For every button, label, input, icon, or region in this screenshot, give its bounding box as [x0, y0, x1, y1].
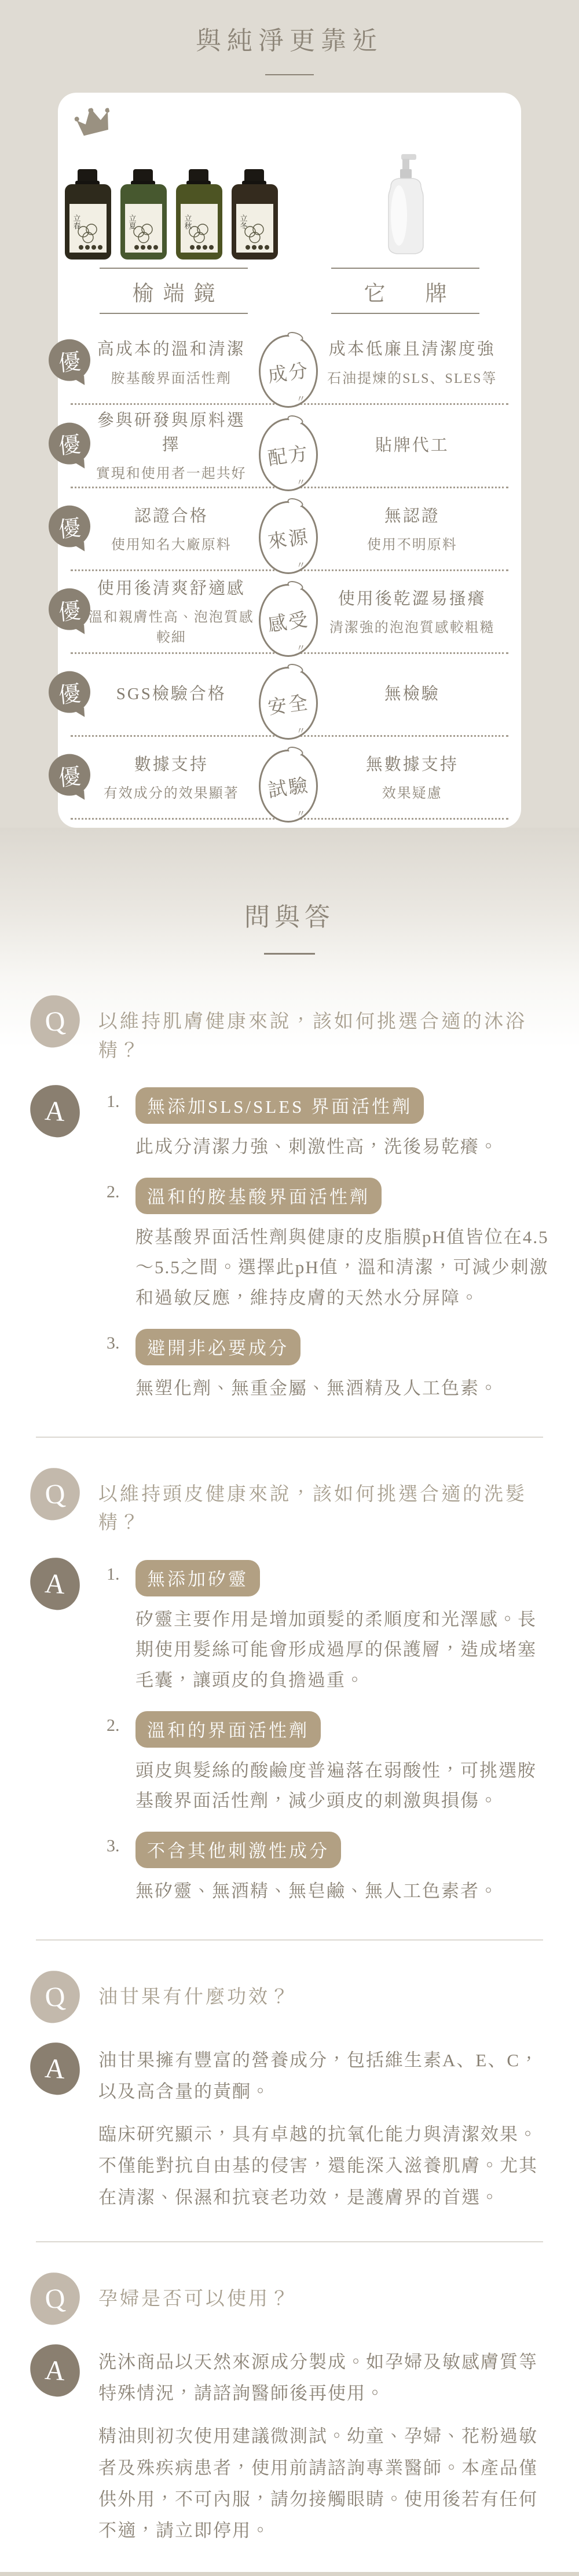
category-circle-icon: 配方 [259, 418, 318, 491]
comparison-row-feel: 優 使用後清爽舒適感 溫和親膚性高、泡泡質感較細 感受 使用後乾澀易搔癢 清潔強… [71, 571, 508, 654]
product-images-row: 立春 立夏 [58, 153, 521, 261]
comparison-row-formula: 優 參與研發與原料選擇 實現和使用者一起共好 配方 貼牌代工 [71, 405, 508, 488]
brand-cell: 認證合格 使用知名大廠原料 [88, 504, 255, 553]
highlight-pill: 避開非必要成分 [135, 1329, 301, 1365]
competitor-cell: 無檢驗 [322, 682, 503, 706]
comparison-row-ingredients: 優 高成本的溫和清潔 胺基酸界面活性劑 成分 成本低廉且清潔度強 石油提煉的SL… [71, 322, 508, 405]
svg-text:立秋: 立秋 [184, 214, 192, 229]
a-badge: A [28, 2343, 82, 2398]
question-row: Q 孕婦是否可以使用？ [30, 2272, 549, 2325]
highlight-pill: 不含其他刺激性成分 [135, 1832, 341, 1868]
svg-text:立夏: 立夏 [128, 214, 137, 229]
product-bottles-illustration: 立春 立夏 [64, 163, 284, 261]
brand-cell: 參與研發與原料選擇 實現和使用者一起共好 [88, 408, 255, 482]
qa-divider [36, 2241, 543, 2242]
qa-item-shampoo: Q 以維持頭皮健康來說，該如何挑選合適的洗髮精？ A 1. 無添加矽靈 矽靈主要… [30, 1461, 549, 1916]
qa-section-title: 問與答 [0, 896, 579, 933]
question-text: 孕婦是否可以使用？ [98, 2272, 291, 2314]
category-circle-icon: 感受 [259, 584, 318, 657]
page-title: 與純淨更靠近 [0, 20, 579, 57]
q-badge: Q [28, 1968, 82, 2025]
question-text: 以維持頭皮健康來說，該如何挑選合適的洗髮精？ [98, 1468, 549, 1538]
qa-section: 問與答 Q 以維持肌膚健康來說，該如何挑選合適的沐浴精？ A 1. 無添加SLS… [0, 828, 579, 2572]
answer-content: 油甘果擁有豐富的營養成分，包括維生素A、E、C，以及高含量的黃酮。 臨床研究顯示… [98, 2042, 549, 2213]
a-badge: A [28, 1083, 82, 1139]
highlight-pill: 無添加矽靈 [135, 1560, 260, 1596]
highlight-pill: 無添加SLS/SLES 界面活性劑 [135, 1087, 424, 1124]
brand-cell: 使用後清爽舒適感 溫和親膚性高、泡泡質感較細 [88, 576, 255, 646]
answer-content: 1. 無添加SLS/SLES 界面活性劑 此成分清潔力強、刺激性高，洗後易乾癢。… [98, 1085, 549, 1408]
comparison-row-safety: 優 SGS檢驗合格 安全 無檢驗 [71, 654, 508, 737]
answer-point: 2. 溫和的胺基酸界面活性劑 胺基酸界面活性劑與健康的皮脂膜pH值皆位在4.5～… [98, 1178, 549, 1314]
comparison-row-source: 優 認證合格 使用知名大廠原料 來源 無認證 使用不明原料 [71, 488, 508, 571]
competitor-cell: 無數據支持 效果疑慮 [322, 752, 503, 802]
q-badge: Q [28, 2270, 82, 2326]
competitor-cell: 使用後乾澀易搔癢 清潔強的泡泡質感較粗糙 [322, 587, 503, 636]
answer-point: 2. 溫和的界面活性劑 頭皮與髮絲的酸鹼度普遍落在弱酸性，可挑選胺基酸界面活性劑… [98, 1711, 549, 1817]
competitor-name-label: 它 牌 [355, 269, 456, 313]
brand-name-block: 榆端鏡 [58, 268, 289, 314]
pump-bottle-illustration [373, 153, 437, 261]
answer-row: A 1. 無添加SLS/SLES 界面活性劑 此成分清潔力強、刺激性高，洗後易乾… [30, 1085, 549, 1408]
advantage-badge: 優 [49, 671, 90, 713]
brand-cell: SGS檢驗合格 [88, 682, 255, 706]
crown-icon [73, 104, 116, 145]
qa-divider [36, 1437, 543, 1438]
advantage-badge: 優 [49, 754, 90, 796]
brand-name-label: 榆端鏡 [123, 269, 225, 313]
advantage-badge: 優 [49, 339, 90, 381]
svg-text:立春: 立春 [72, 214, 81, 229]
title-underline [265, 74, 314, 75]
bottom-strip [0, 2572, 579, 2576]
product-names-row: 榆端鏡 它 牌 [58, 268, 521, 314]
q-badge: Q [28, 993, 82, 1050]
question-text: 油甘果有什麼功效？ [98, 1971, 291, 2012]
competitor-name-bottomline [331, 313, 479, 314]
competitor-cell: 成本低廉且清潔度強 石油提煉的SLS、SLES等 [322, 337, 503, 386]
answer-content: 洗沐商品以天然來源成分製成。如孕婦及敏感膚質等特殊情況，請諮詢醫師後再使用。 精… [98, 2344, 549, 2547]
answer-paragraph: 臨床研究顯示，具有卓越的抗氧化能力與清潔效果。不僅能對抗自由基的侵害，還能深入滋… [98, 2119, 549, 2213]
advantage-badge: 優 [49, 422, 90, 464]
answer-row: A 油甘果擁有豐富的營養成分，包括維生素A、E、C，以及高含量的黃酮。 臨床研究… [30, 2042, 549, 2213]
a-badge: A [28, 1556, 82, 1612]
competitor-product-image [289, 153, 521, 261]
category-circle-icon: 安全 [259, 667, 318, 740]
answer-point: 1. 無添加SLS/SLES 界面活性劑 此成分清潔力強、刺激性高，洗後易乾癢。 [98, 1087, 549, 1163]
question-row: Q 油甘果有什麼功效？ [30, 1971, 549, 2023]
a-badge: A [28, 2041, 82, 2096]
top-section: 與純淨更靠近 立春 [0, 0, 579, 828]
hero-banner: 與純淨更靠近 [0, 0, 579, 93]
answer-paragraph: 洗沐商品以天然來源成分製成。如孕婦及敏感膚質等特殊情況，請諮詢醫師後再使用。 [98, 2347, 549, 2410]
category-circle-icon: 來源 [259, 501, 318, 574]
qa-item-amla-benefits: Q 油甘果有什麼功效？ A 油甘果擁有豐富的營養成分，包括維生素A、E、C，以及… [30, 1964, 549, 2218]
answer-paragraph: 油甘果擁有豐富的營養成分，包括維生素A、E、C，以及高含量的黃酮。 [98, 2045, 549, 2108]
competitor-name-block: 它 牌 [289, 268, 521, 314]
question-row: Q 以維持頭皮健康來說，該如何挑選合適的洗髮精？ [30, 1468, 549, 1538]
highlight-pill: 溫和的界面活性劑 [135, 1711, 321, 1748]
answer-row: A 洗沐商品以天然來源成分製成。如孕婦及敏感膚質等特殊情況，請諮詢醫師後再使用。… [30, 2344, 549, 2547]
answer-content: 1. 無添加矽靈 矽靈主要作用是增加頭髮的柔順度和光澤感。長期使用髮絲可能會形成… [98, 1558, 549, 1912]
answer-point: 1. 無添加矽靈 矽靈主要作用是增加頭髮的柔順度和光澤感。長期使用髮絲可能會形成… [98, 1560, 549, 1696]
highlight-pill: 溫和的胺基酸界面活性劑 [135, 1178, 382, 1214]
q-badge: Q [28, 1466, 82, 1522]
category-circle-icon: 成分 [259, 335, 318, 408]
answer-row: A 1. 無添加矽靈 矽靈主要作用是增加頭髮的柔順度和光澤感。長期使用髮絲可能會… [30, 1558, 549, 1912]
competitor-cell: 貼牌代工 [322, 433, 503, 458]
brand-cell: 高成本的溫和清潔 胺基酸界面活性劑 [88, 337, 255, 386]
answer-point: 3. 避開非必要成分 無塑化劑、無重金屬、無酒精及人工色素。 [98, 1329, 549, 1404]
advantage-badge: 優 [49, 589, 90, 630]
category-circle-icon: 試驗 [259, 750, 318, 823]
qa-divider [36, 1939, 543, 1941]
advantage-badge: 優 [49, 506, 90, 547]
answer-paragraph: 精油則初次使用建議微測試。幼童、孕婦、花粉過敏者及殊疾病患者，使用前請諮詢專業醫… [98, 2421, 549, 2546]
qa-item-pregnancy: Q 孕婦是否可以使用？ A 洗沐商品以天然來源成分製成。如孕婦及敏感膚質等特殊情… [30, 2266, 549, 2552]
competitor-cell: 無認證 使用不明原料 [322, 504, 503, 553]
comparison-card: 立春 立夏 [58, 93, 521, 828]
comparison-row-testing: 優 數據支持 有效成分的效果顯著 試驗 無數據支持 效果疑慮 [71, 737, 508, 820]
question-row: Q 以維持肌膚健康來說，該如何挑選合適的沐浴精？ [30, 995, 549, 1065]
qa-list: Q 以維持肌膚健康來說，該如何挑選合適的沐浴精？ A 1. 無添加SLS/SLE… [0, 955, 579, 2551]
question-text: 以維持肌膚健康來說，該如何挑選合適的沐浴精？ [98, 995, 549, 1065]
answer-point: 3. 不含其他刺激性成分 無矽靈、無酒精、無皂鹼、無人工色素者。 [98, 1832, 549, 1907]
qa-item-bodywash: Q 以維持肌膚健康來說，該如何挑選合適的沐浴精？ A 1. 無添加SLS/SLE… [30, 988, 549, 1413]
comparison-table: 優 高成本的溫和清潔 胺基酸界面活性劑 成分 成本低廉且清潔度強 石油提煉的SL… [58, 322, 521, 820]
brand-cell: 數據支持 有效成分的效果顯著 [88, 752, 255, 802]
brand-product-image: 立春 立夏 [58, 153, 289, 261]
brand-name-bottomline [100, 313, 248, 314]
